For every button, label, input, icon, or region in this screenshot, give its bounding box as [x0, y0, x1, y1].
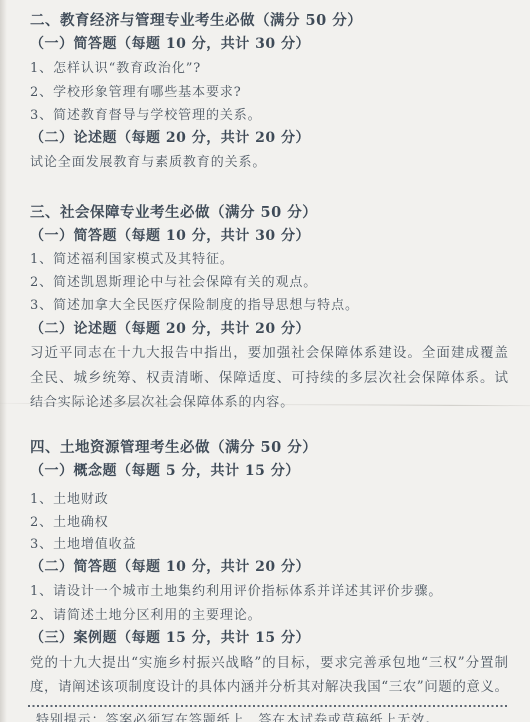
question-group-heading: （一）简答题（每题 10 分，共计 30 分） [30, 36, 310, 53]
section-heading: 二、教育经济与管理专业考生必做（满分 50 分） [30, 12, 362, 29]
question-item: 1、土地财政 [30, 491, 109, 508]
question-item: 2、土地确权 [30, 514, 109, 531]
question-group-heading: （二）论述题（每题 20 分，共计 20 分） [30, 321, 310, 338]
scan-left-edge-shadow [0, 0, 7, 722]
question-item: 1、请设计一个城市土地集约利用评价指标体系并详述其评价步骤。 [30, 583, 442, 600]
question-item: 1、怎样认识“教育政治化”? [30, 60, 201, 77]
question-item: 3、简述加拿大全民医疗保险制度的指导思想与特点。 [30, 297, 359, 314]
question-group-heading: （一）简答题（每题 10 分，共计 30 分） [30, 228, 310, 245]
question-group-heading: （二）论述题（每题 20 分，共计 20 分） [30, 130, 310, 147]
question-item: 3、简述教育督导与学校管理的关系。 [30, 107, 262, 124]
dashed-divider [28, 705, 508, 707]
question-group-heading: （二）简答题（每题 10 分，共计 20 分） [30, 559, 310, 576]
question-item: 试论全面发展教育与素质教育的关系。 [30, 154, 266, 171]
question-item: 2、请简述土地分区利用的主要理论。 [30, 607, 262, 624]
question-group-heading: （三）案例题（每题 15 分，共计 15 分） [30, 630, 310, 647]
paragraph-line: 全民、城乡统筹、权责清晰、保障适度、可持续的多层次社会保障体系。试 [30, 370, 508, 387]
paragraph-line: 习近平同志在十九大报告中指出，要加强社会保障体系建设。全面建成覆盖 [30, 345, 508, 362]
section-heading: 四、土地资源管理考生必做（满分 50 分） [30, 439, 317, 456]
question-item: 3、土地增值收益 [30, 536, 136, 553]
paragraph-line: 党的十九大提出“实施乡村振兴战略”的目标，要求完善承包地“三权”分置制 [30, 655, 508, 672]
question-item: 1、简述福利国家模式及其特征。 [30, 251, 234, 268]
section-heading: 三、社会保障专业考生必做（满分 50 分） [30, 204, 317, 221]
scanned-exam-page: 二、教育经济与管理专业考生必做（满分 50 分） （一）简答题（每题 10 分，… [0, 0, 530, 722]
footer-note: 特别提示：答案必须写在答题纸上，答在本试卷或草稿纸上无效。 [36, 712, 439, 722]
question-item: 2、学校形象管理有哪些基本要求? [30, 84, 242, 101]
question-item: 2、简述凯恩斯理论中与社会保障有关的观点。 [30, 274, 317, 291]
paragraph-line: 度，请阐述该项制度设计的具体内涵并分析其对解决我国“三农”问题的意义。 [30, 679, 508, 696]
question-group-heading: （一）概念题（每题 5 分，共计 15 分） [30, 463, 300, 480]
